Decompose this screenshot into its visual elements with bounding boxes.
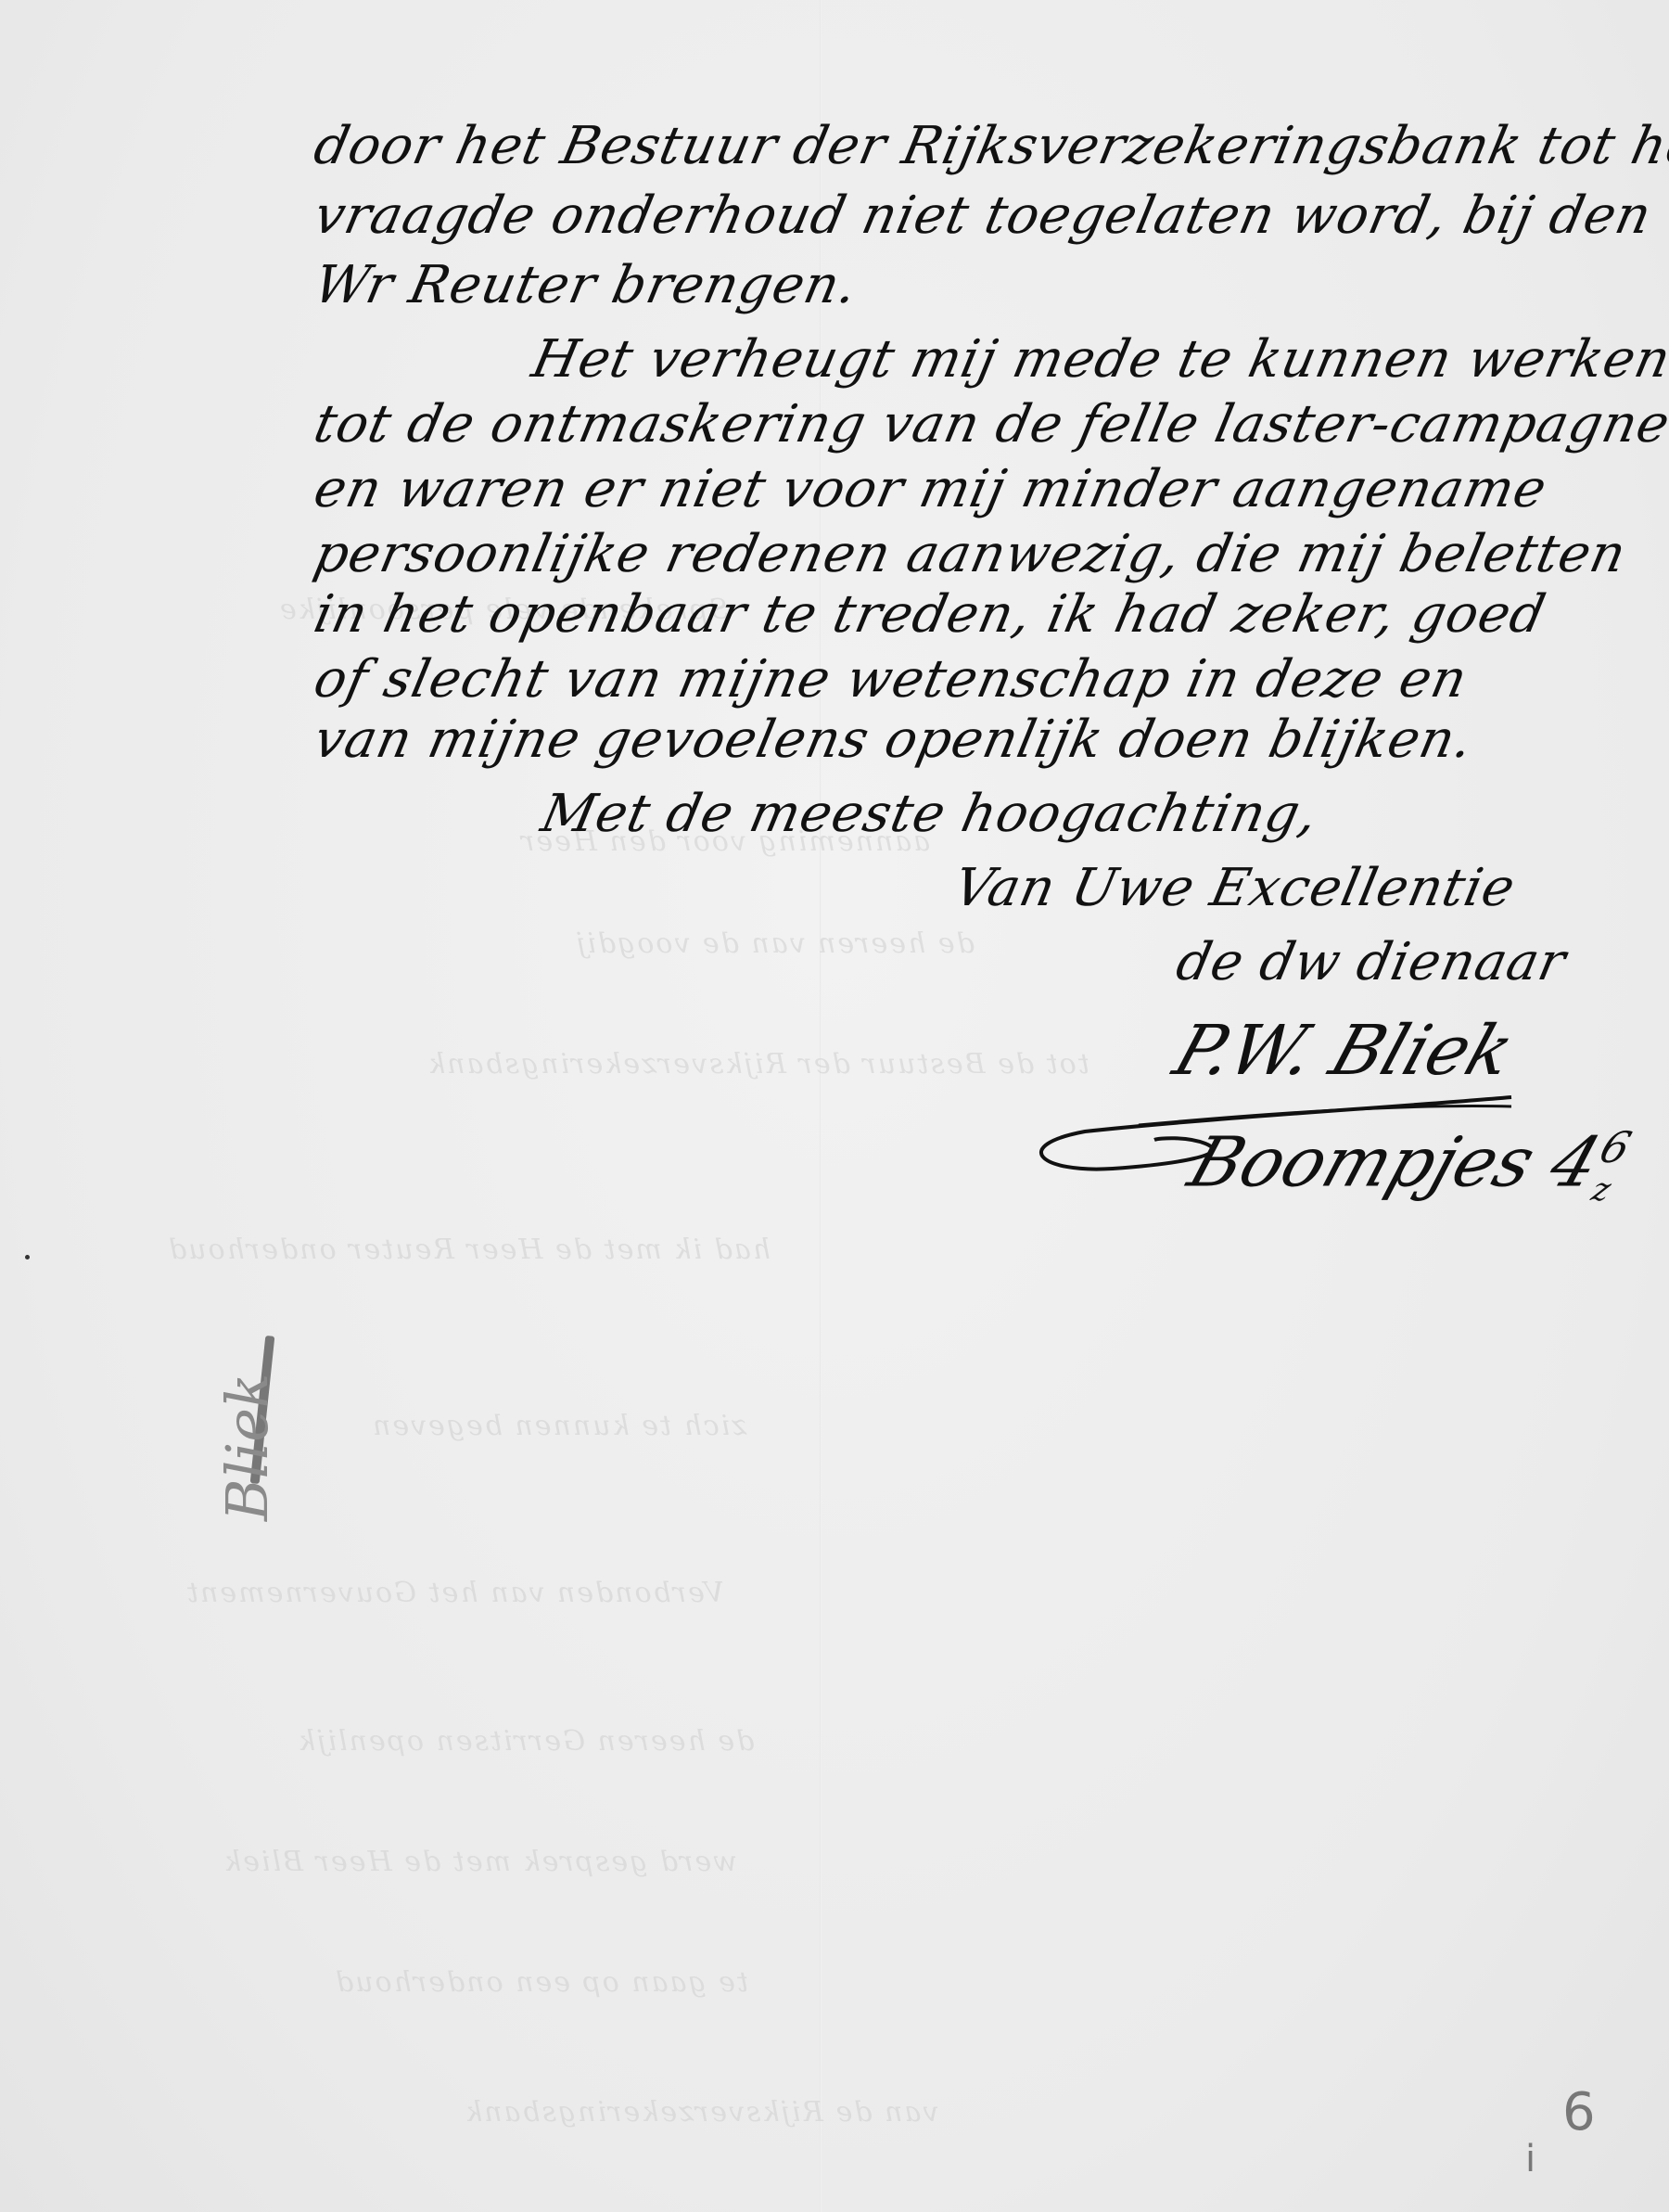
margin-pencil-note: Bliek bbox=[213, 1374, 281, 1521]
letter-line: persoonlijke redenen aanwezig, die mij b… bbox=[309, 524, 1632, 584]
letter-line: van mijne gevoelens openlijk doen blijke… bbox=[309, 710, 1478, 770]
letter-line: vraagde onderhoud niet toegelaten word, … bbox=[309, 185, 1657, 246]
signature-name: P.W. Bliek bbox=[1165, 1011, 1523, 1091]
letter-line: of slecht van mijne wetenschap in deze e… bbox=[309, 649, 1472, 710]
bleed-through-text: Verbonden van het Gouvernement bbox=[185, 1577, 724, 1609]
letter-line: tot de ontmaskering van de felle laster-… bbox=[309, 394, 1669, 454]
page-number-sub: i bbox=[1525, 2138, 1535, 2180]
bleed-through-text: werd gesprek met de Heer Bliek bbox=[223, 1846, 737, 1878]
bleed-through-text: de heeren van de voogdij bbox=[575, 927, 975, 960]
bleed-through-text: had ik met de Heer Reuter onderhoud bbox=[167, 1234, 771, 1266]
bleed-through-text: van de Rijksverzekeringsbank bbox=[464, 2096, 938, 2129]
closing-line: Van Uwe Excellentie bbox=[949, 858, 1521, 918]
letter-line: Wr Reuter brengen. bbox=[309, 255, 863, 315]
bleed-through-text: zich te kunnen begeven bbox=[371, 1410, 746, 1442]
page-number: 6 bbox=[1562, 2082, 1596, 2142]
letter-line: in het openbaar te treden, ik had zeker,… bbox=[309, 584, 1551, 645]
letter-line: Het verheugt mij mede te kunnen werken bbox=[527, 329, 1669, 390]
bleed-through-text: te gaan op een onderhoud bbox=[334, 1966, 748, 1999]
signature-address: Boompjes 46z bbox=[1178, 1122, 1632, 1208]
letter-line: en waren er niet voor mij minder aangena… bbox=[309, 459, 1552, 519]
ink-speck bbox=[25, 1255, 30, 1259]
closing-line: de dw dienaar bbox=[1171, 932, 1572, 992]
letter-line: door het Bestuur der Rijksverzekeringsba… bbox=[309, 116, 1669, 176]
bleed-through-text: de heeren Gerritsen openlijk bbox=[297, 1725, 754, 1758]
closing-salutation: Met de meeste hoogachting, bbox=[536, 784, 1323, 844]
letter-page: Sprekende vele persoonlijke aanneming vo… bbox=[0, 0, 1669, 2212]
address-street: Boompjes 4 bbox=[1179, 1123, 1610, 1203]
bleed-through-text: tot de Bestuur der Rijksverzekeringsbank bbox=[427, 1048, 1089, 1080]
